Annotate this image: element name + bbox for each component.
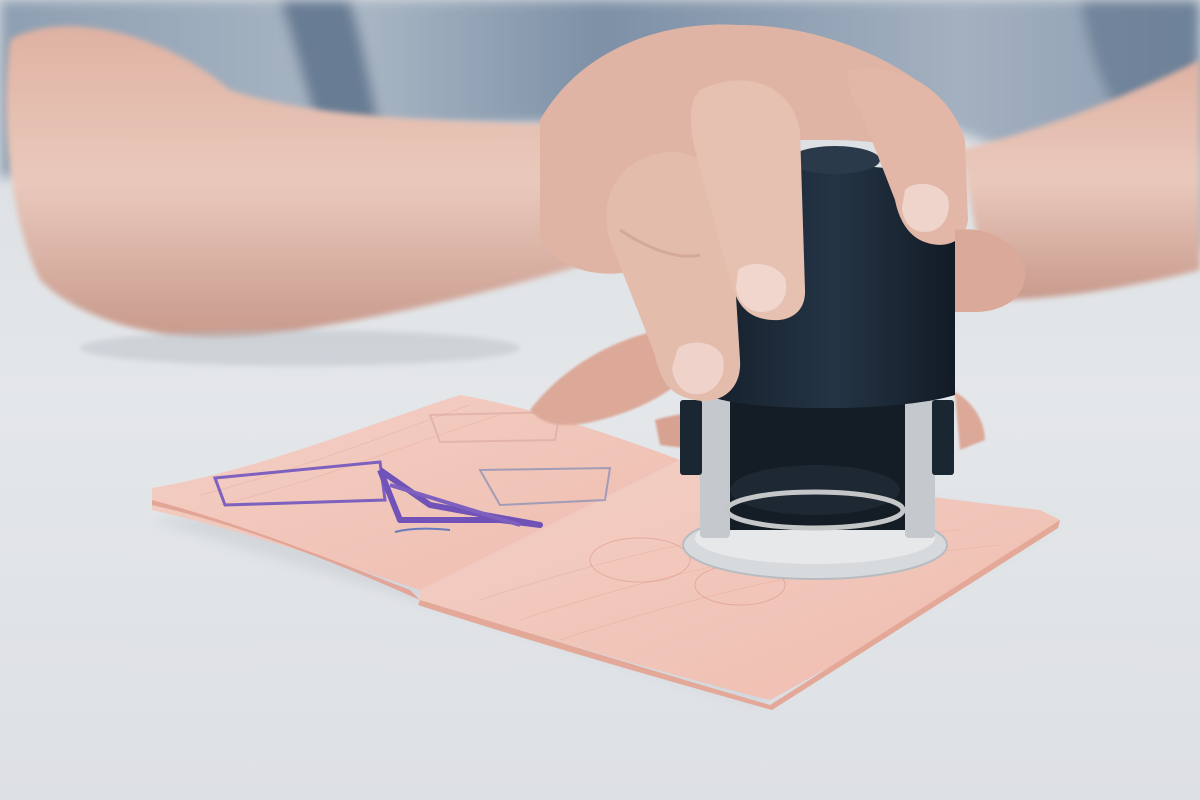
passport-stamp-photo [0, 0, 1200, 800]
photo-scene [0, 0, 1200, 800]
